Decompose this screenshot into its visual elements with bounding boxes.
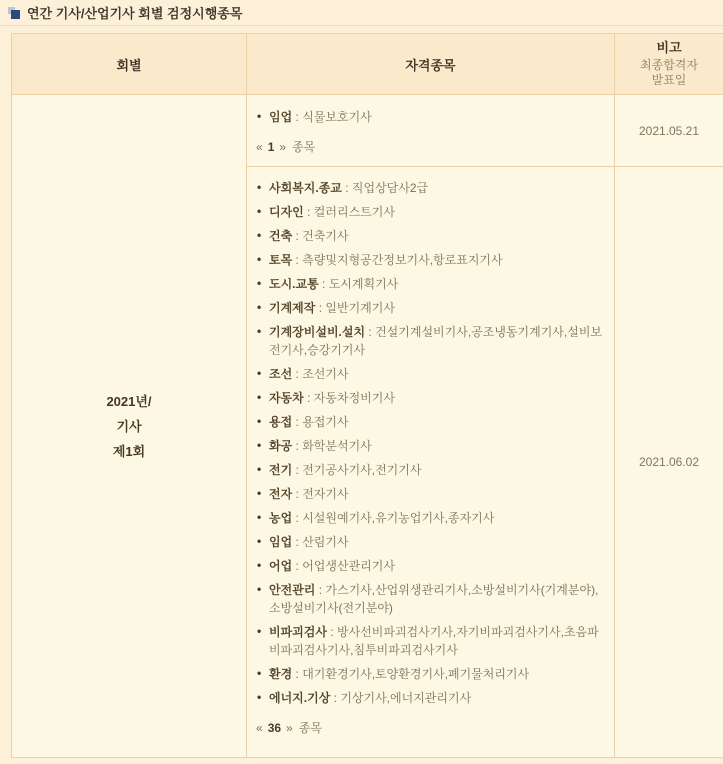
category-value-separator: : bbox=[292, 415, 302, 429]
subject-item: •사회복지.종교 : 직업상담사2급 bbox=[256, 179, 606, 197]
round-number: 제1회 bbox=[13, 439, 245, 464]
subject-count-number: 1 bbox=[268, 140, 275, 154]
subject-category: 기계장비설비.설치 bbox=[269, 325, 365, 339]
bullet-dot-icon: • bbox=[257, 107, 261, 125]
subject-value: 전자기사 bbox=[302, 487, 348, 501]
bullet-dot-icon: • bbox=[257, 250, 261, 268]
header-note-sub2: 발표일 bbox=[615, 73, 723, 88]
subject-item: •임업 : 식물보호기사 bbox=[256, 108, 606, 126]
subject-category: 사회복지.종교 bbox=[269, 181, 342, 195]
category-value-separator: : bbox=[319, 277, 329, 291]
bullet-dot-icon: • bbox=[257, 556, 261, 574]
announce-date-row2: 2021.06.02 bbox=[615, 167, 723, 758]
header-note: 비고 최종합격자 발표일 bbox=[615, 34, 723, 95]
subject-category: 도시.교통 bbox=[269, 277, 319, 291]
bullet-dot-icon: • bbox=[257, 388, 261, 406]
subject-value: 대기환경기사,토양환경기사,폐기물처리기사 bbox=[302, 667, 529, 681]
subject-item: •전자 : 전자기사 bbox=[256, 485, 606, 503]
subject-category: 디자인 bbox=[269, 205, 304, 219]
subject-category: 농업 bbox=[269, 511, 292, 525]
category-value-separator: : bbox=[292, 667, 302, 681]
bullet-dot-icon: • bbox=[257, 298, 261, 316]
subjects-cell-row1: •임업 : 식물보호기사 «1»종목 bbox=[247, 95, 615, 167]
exam-schedule-table: 회별 자격종목 비고 최종합격자 발표일 2021년/ 기사 제1회 •임업 :… bbox=[11, 33, 723, 758]
subject-count-row2: «36»종목 bbox=[256, 719, 606, 737]
subject-category: 기계제작 bbox=[269, 301, 315, 315]
guillemet-close: » bbox=[279, 140, 286, 154]
subject-category: 에너지.기상 bbox=[269, 691, 330, 705]
subject-category: 조선 bbox=[269, 367, 292, 381]
announce-date-row1: 2021.05.21 bbox=[615, 95, 723, 167]
subject-item: •디자인 : 컬러리스트기사 bbox=[256, 203, 606, 221]
category-value-separator: : bbox=[292, 511, 302, 525]
category-value-separator: : bbox=[365, 325, 375, 339]
subject-category: 자동차 bbox=[269, 391, 304, 405]
subject-category: 토목 bbox=[269, 253, 292, 267]
subject-value: 자동차정비기사 bbox=[314, 391, 395, 405]
bullet-dot-icon: • bbox=[257, 226, 261, 244]
subject-item: •어업 : 어업생산관리기사 bbox=[256, 557, 606, 575]
subject-item: •안전관리 : 가스기사,산업위생관리기사,소방설비기사(기계분야),소방설비기… bbox=[256, 581, 606, 617]
bullet-dot-icon: • bbox=[257, 436, 261, 454]
subject-item: •도시.교통 : 도시계획기사 bbox=[256, 275, 606, 293]
header-subjects: 자격종목 bbox=[247, 34, 615, 95]
category-value-separator: : bbox=[292, 535, 302, 549]
bullet-dot-icon: • bbox=[257, 364, 261, 382]
round-grade: 기사 bbox=[13, 414, 245, 439]
subject-category: 임업 bbox=[269, 535, 292, 549]
subject-value: 조선기사 bbox=[302, 367, 348, 381]
bullet-dot-icon: • bbox=[257, 322, 261, 340]
subject-count-number: 36 bbox=[268, 721, 281, 735]
bullet-dot-icon: • bbox=[257, 202, 261, 220]
category-value-separator: : bbox=[292, 559, 302, 573]
table-row-first: 2021년/ 기사 제1회 •임업 : 식물보호기사 «1»종목 2021.05… bbox=[12, 95, 723, 167]
subject-count-label: 종목 bbox=[292, 140, 315, 154]
subject-item: •에너지.기상 : 기상기사,에너지관리기사 bbox=[256, 689, 606, 707]
subject-category: 전자 bbox=[269, 487, 292, 501]
subject-item: •자동차 : 자동차정비기사 bbox=[256, 389, 606, 407]
subject-value: 산림기사 bbox=[302, 535, 348, 549]
subject-item: •전기 : 전기공사기사,전기기사 bbox=[256, 461, 606, 479]
subject-category: 환경 bbox=[269, 667, 292, 681]
bullet-dot-icon: • bbox=[257, 664, 261, 682]
header-round: 회별 bbox=[12, 34, 247, 95]
category-value-separator: : bbox=[304, 205, 314, 219]
square-bullet-icon bbox=[8, 7, 20, 19]
subject-category: 임업 bbox=[269, 110, 292, 124]
subject-item: •농업 : 시설원예기사,유기농업기사,종자기사 bbox=[256, 509, 606, 527]
category-value-separator: : bbox=[292, 253, 302, 267]
subject-count-label: 종목 bbox=[299, 721, 322, 735]
subject-item: •용접 : 용접기사 bbox=[256, 413, 606, 431]
subject-item: •토목 : 측량및지형공간정보기사,항로표지기사 bbox=[256, 251, 606, 269]
subject-item: •건축 : 건축기사 bbox=[256, 227, 606, 245]
category-value-separator: : bbox=[327, 625, 337, 639]
bullet-dot-icon: • bbox=[257, 412, 261, 430]
category-value-separator: : bbox=[342, 181, 352, 195]
subject-value: 일반기계기사 bbox=[325, 301, 395, 315]
subject-value: 전기공사기사,전기기사 bbox=[302, 463, 421, 477]
subject-item: •화공 : 화학분석기사 bbox=[256, 437, 606, 455]
subject-value: 도시계획기사 bbox=[329, 277, 399, 291]
category-value-separator: : bbox=[292, 367, 302, 381]
category-value-separator: : bbox=[292, 439, 302, 453]
guillemet-open: « bbox=[256, 140, 263, 154]
subject-item: •조선 : 조선기사 bbox=[256, 365, 606, 383]
page-title: 연간 기사/산업기사 회별 검정시행종목 bbox=[27, 3, 242, 22]
subject-category: 비파괴검사 bbox=[269, 625, 327, 639]
subject-item: •기계장비설비.설치 : 건설기계설비기사,공조냉동기계기사,설비보전기사,승강… bbox=[256, 323, 606, 359]
bullet-dot-icon: • bbox=[257, 460, 261, 478]
subjects-cell-row2: •사회복지.종교 : 직업상담사2급 •디자인 : 컬러리스트기사 •건축 : … bbox=[247, 167, 615, 758]
category-value-separator: : bbox=[292, 487, 302, 501]
subject-value: 직업상담사2급 bbox=[352, 181, 428, 195]
bullet-dot-icon: • bbox=[257, 532, 261, 550]
subject-item: •환경 : 대기환경기사,토양환경기사,폐기물처리기사 bbox=[256, 665, 606, 683]
bullet-dot-icon: • bbox=[257, 178, 261, 196]
category-value-separator: : bbox=[330, 691, 340, 705]
category-value-separator: : bbox=[292, 463, 302, 477]
subject-category: 어업 bbox=[269, 559, 292, 573]
category-value-separator: : bbox=[292, 229, 302, 243]
subject-category: 안전관리 bbox=[269, 583, 315, 597]
subject-value: 컬러리스트기사 bbox=[314, 205, 395, 219]
guillemet-open: « bbox=[256, 721, 263, 735]
subject-item: •기계제작 : 일반기계기사 bbox=[256, 299, 606, 317]
subject-list-row1: •임업 : 식물보호기사 bbox=[256, 108, 606, 126]
bullet-dot-icon: • bbox=[257, 274, 261, 292]
subject-category: 용접 bbox=[269, 415, 292, 429]
bullet-dot-icon: • bbox=[257, 508, 261, 526]
category-value-separator: : bbox=[315, 301, 325, 315]
subject-value: 기상기사,에너지관리기사 bbox=[340, 691, 471, 705]
subject-value: 시설원예기사,유기농업기사,종자기사 bbox=[302, 511, 494, 525]
subject-count-row1: «1»종목 bbox=[256, 138, 606, 156]
bullet-dot-icon: • bbox=[257, 580, 261, 598]
table-header-row: 회별 자격종목 비고 최종합격자 발표일 bbox=[12, 34, 723, 95]
subject-value: 화학분석기사 bbox=[302, 439, 372, 453]
subject-list-row2: •사회복지.종교 : 직업상담사2급 •디자인 : 컬러리스트기사 •건축 : … bbox=[256, 179, 606, 707]
round-year: 2021년/ bbox=[13, 389, 245, 414]
subject-value: 건축기사 bbox=[302, 229, 348, 243]
category-value-separator: : bbox=[315, 583, 325, 597]
header-note-title: 비고 bbox=[615, 40, 723, 56]
bullet-dot-icon: • bbox=[257, 622, 261, 640]
subject-value: 용접기사 bbox=[302, 415, 348, 429]
subject-value: 어업생산관리기사 bbox=[302, 559, 395, 573]
subject-category: 전기 bbox=[269, 463, 292, 477]
subject-item: •임업 : 산림기사 bbox=[256, 533, 606, 551]
bullet-dot-icon: • bbox=[257, 484, 261, 502]
round-cell: 2021년/ 기사 제1회 bbox=[12, 95, 247, 758]
header-note-sub1: 최종합격자 bbox=[615, 58, 723, 73]
subject-value: 측량및지형공간정보기사,항로표지기사 bbox=[302, 253, 502, 267]
page-title-bar: 연간 기사/산업기사 회별 검정시행종목 bbox=[0, 0, 723, 26]
subject-item: •비파괴검사 : 방사선비파괴검사기사,자기비파괴검사기사,초음파비파괴검사기사… bbox=[256, 623, 606, 659]
subject-category: 건축 bbox=[269, 229, 292, 243]
subject-value: 식물보호기사 bbox=[302, 110, 372, 124]
guillemet-close: » bbox=[286, 721, 293, 735]
category-value-separator: : bbox=[304, 391, 314, 405]
subject-category: 화공 bbox=[269, 439, 292, 453]
bullet-dot-icon: • bbox=[257, 688, 261, 706]
category-value-separator: : bbox=[292, 110, 302, 124]
square-bullet-icon-dark bbox=[11, 10, 20, 19]
